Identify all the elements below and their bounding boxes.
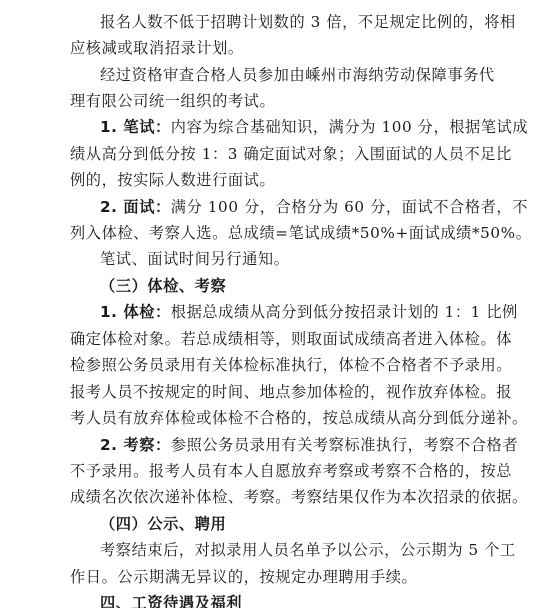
paragraph-line: 绩从高分到低分按 1：3 确定面试对象；入围面试的人员不足比: [70, 141, 486, 167]
item-label: 1. 笔试：: [100, 114, 171, 140]
paragraph-line: 应核减或取消招录计划。: [70, 35, 486, 61]
paragraph-line: 列入体检、考察人选。总成绩=笔试成绩*50%+面试成绩*50%。: [70, 220, 486, 246]
section-heading: （四）公示、聘用: [100, 511, 486, 537]
paragraph-line: 2. 考察： 参照公务员录用有关考察标准执行，考察不合格者: [100, 432, 486, 458]
item-label: 2. 面试：: [100, 194, 171, 220]
item-label: 1. 体检：: [100, 299, 171, 325]
document-page: 报名人数不低于招聘计划数的 3 倍，不足规定比例的，将相 应核减或取消招录计划。…: [0, 0, 555, 608]
paragraph-line: 确定体检对象。若总成绩相等，则取面试成绩高者进入体检。体: [70, 326, 486, 352]
paragraph-line: 2. 面试： 满分 100 分，合格分为 60 分，面试不合格者，不: [100, 194, 486, 220]
paragraph-line: 报考人员不按规定的时间、地点参加体检的，视作放弃体检。报: [70, 379, 486, 405]
paragraph-line: 作日。公示期满无异议的，按规定办理聘用手续。: [70, 564, 486, 590]
paragraph-line: 检参照公务员录用有关体检标准执行，体检不合格者不予录用。: [70, 352, 486, 378]
section-heading: 四、工资待遇及福利: [100, 590, 486, 608]
paragraph-line: 1. 笔试： 内容为综合基础知识，满分为 100 分，根据笔试成: [100, 114, 486, 140]
paragraph-line: 例的，按实际人数进行面试。: [70, 167, 486, 193]
item-label: 2. 考察：: [100, 432, 171, 458]
section-heading: （三）体检、考察: [100, 273, 486, 299]
paragraph-line: 1. 体检： 根据总成绩从高分到低分按招录计划的 1：1 比例: [100, 299, 486, 325]
item-text: 参照公务员录用有关考察标准执行，考察不合格者: [171, 432, 518, 458]
paragraph-line: 考人员有放弃体检或体检不合格的，按总成绩从高分到低分递补。: [70, 405, 486, 431]
item-text: 根据总成绩从高分到低分按招录计划的 1：1 比例: [171, 299, 518, 325]
item-text: 满分 100 分，合格分为 60 分，面试不合格者，不: [171, 194, 528, 220]
paragraph-line: 笔试、面试时间另行通知。: [100, 246, 486, 272]
paragraph-line: 理有限公司统一组织的考试。: [70, 88, 486, 114]
paragraph-line: 报名人数不低于招聘计划数的 3 倍，不足规定比例的，将相: [100, 9, 486, 35]
paragraph-line: 成绩名次依次递补体检、考察。考察结果仅作为本次招录的依据。: [70, 484, 486, 510]
item-text: 内容为综合基础知识，满分为 100 分，根据笔试成: [171, 114, 528, 140]
paragraph-line: 经过资格审查合格人员参加由嵊州市海纳劳动保障事务代: [100, 62, 486, 88]
paragraph-line: 考察结束后，对拟录用人员名单予以公示，公示期为 5 个工: [100, 537, 486, 563]
paragraph-line: 不予录用。报考人员有本人自愿放弃考察或考察不合格的，按总: [70, 458, 486, 484]
